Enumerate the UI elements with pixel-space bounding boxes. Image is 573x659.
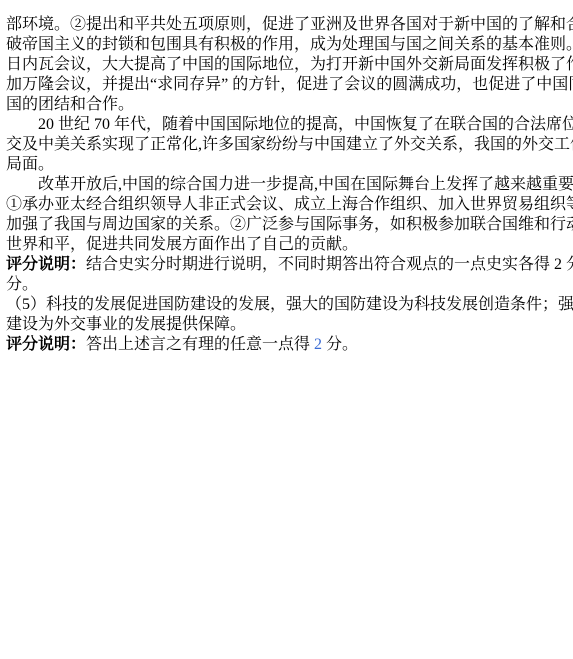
scoring-note-label: 评分说明： [6, 256, 86, 273]
text-line: 日内瓦会议，大大提高了中国的国际地位，为打开新中国外交新局面发挥积极了作用。④参 [6, 55, 573, 75]
scoring-note-text: 结合史实分时期进行说明，不同时期答出符合观点的一点史实各得 2 分，共 6 [86, 256, 573, 273]
text-line: 20 世纪 70 年代，随着中国国际地位的提高，中国恢复了在联合国的合法席位，中… [6, 115, 573, 135]
scoring-note-text: 答出上述言之有理的任意一点得 [86, 336, 314, 353]
text-line: 局面。 [6, 155, 573, 175]
scoring-note-line: 评分说明：答出上述言之有理的任意一点得 2 分。 [6, 335, 573, 355]
scoring-note-1: 评分说明：结合史实分时期进行说明，不同时期答出符合观点的一点史实各得 2 分，共… [6, 255, 573, 295]
scoring-note-text: 分。 [322, 336, 358, 353]
text-line: 加强了我国与周边国家的关系。②广泛参与国际事务，如积极参加联合国维和行动，在维护 [6, 215, 573, 235]
paragraph-answer-5: （5）科技的发展促进国防建设的发展，强大的国防建设为科技发展创造条件；强大的国防… [6, 295, 573, 335]
scoring-note-2: 评分说明：答出上述言之有理的任意一点得 2 分。 [6, 335, 573, 355]
text-line: ①承办亚太经合组织领导人非正式会议、成立上海合作组织、加入世界贸易组织等，进一步 [6, 195, 573, 215]
text-line: 加万隆会议，并提出“求同存异” 的方针，促进了会议的圆满成功，也促进了中国同亚非… [6, 75, 573, 95]
score-value: 2 [314, 336, 322, 353]
text-line: 改革开放后,中国的综合国力进一步提高,中国在国际舞台上发挥了越来越重要的作用。 [6, 175, 573, 195]
scoring-note-label: 评分说明： [6, 336, 86, 353]
document-page: 部环境。②提出和平共处五项原则，促进了亚洲及世界各国对于新中国的了解和合作，对打… [0, 0, 573, 659]
text-line: 世界和平，促进共同发展方面作出了自己的贡献。 [6, 235, 573, 255]
document-text: 部环境。②提出和平共处五项原则，促进了亚洲及世界各国对于新中国的了解和合作，对打… [0, 0, 573, 355]
paragraph-diplomacy-1970s: 20 世纪 70 年代，随着中国国际地位的提高，中国恢复了在联合国的合法席位，中… [6, 115, 573, 175]
text-line: 建设为外交事业的发展提供保障。 [6, 315, 573, 335]
text-line: 交及中美关系实现了正常化,许多国家纷纷与中国建立了外交关系，我国的外交工作出现新 [6, 135, 573, 155]
text-line: 国的团结和合作。 [6, 95, 573, 115]
text-line: 破帝国主义的封锁和包围具有积极的作用，成为处理国与国之间关系的基本准则。③ 参加 [6, 35, 573, 55]
text-line: （5）科技的发展促进国防建设的发展，强大的国防建设为科技发展创造条件；强大的国防 [6, 295, 573, 315]
scoring-note-line: 评分说明：结合史实分时期进行说明，不同时期答出符合观点的一点史实各得 2 分，共… [6, 255, 573, 275]
paragraph-diplomacy-reform-era: 改革开放后,中国的综合国力进一步提高,中国在国际舞台上发挥了越来越重要的作用。 … [6, 175, 573, 255]
paragraph-diplomacy-1950s: 部环境。②提出和平共处五项原则，促进了亚洲及世界各国对于新中国的了解和合作，对打… [6, 15, 573, 115]
text-line: 部环境。②提出和平共处五项原则，促进了亚洲及世界各国对于新中国的了解和合作，对打 [6, 15, 573, 35]
scoring-note-line: 分。 [6, 275, 573, 295]
